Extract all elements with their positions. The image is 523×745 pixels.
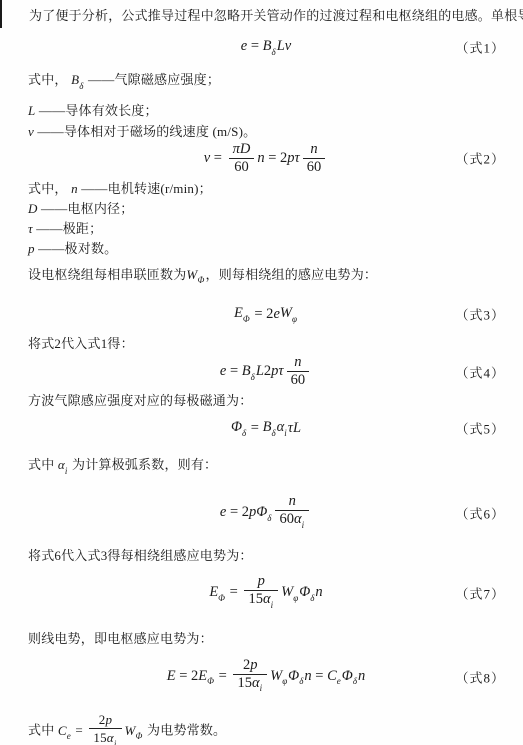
math-token: πD: [233, 141, 251, 157]
math-var-subscripted: Φδ: [231, 419, 247, 437]
math-fraction: πD60: [229, 142, 255, 175]
math-fraction: n60αi: [275, 494, 309, 532]
equation-7-label: （式7）: [455, 583, 505, 602]
math-var-subscripted: αi: [263, 591, 274, 607]
math-fraction: p15αi: [244, 574, 278, 612]
text-run: 方波气隙感应强度对应的每极磁通为：: [28, 393, 252, 408]
text-run: ——导体相对于磁场的线速度 (m/S)。: [34, 124, 256, 139]
text-run: 设电枢绕组每相串联匝数为: [28, 267, 186, 282]
math-token: 60: [291, 372, 306, 388]
math-var-subscripted: αi: [252, 675, 263, 691]
line-emf-paragraph: 则线电势，即电枢感应电势为：: [3, 628, 517, 649]
math-token: n: [310, 141, 317, 157]
winding-turns-paragraph: 设电枢绕组每相串联匝数为WΦ，则每相绕组的感应电势为：: [3, 264, 517, 291]
equation-6: e = 2pΦδn60αi （式6）: [3, 494, 517, 532]
math-var-subscripted: Wφ: [270, 668, 288, 686]
equation-7-formula: EΦ = p15αiWφΦδn: [209, 574, 322, 612]
math-token: =: [247, 420, 262, 437]
math-token: =: [226, 584, 241, 601]
legend-v-line: v ——导体相对于磁场的线速度 (m/S)。: [3, 121, 517, 142]
text-run: 式中，: [28, 181, 71, 196]
text-run: ——极距；: [33, 221, 102, 236]
math-token: n: [257, 150, 264, 167]
text-run: 式中，: [28, 72, 71, 87]
math-token: 60: [307, 159, 322, 175]
math-var-subscripted: Φδ: [299, 584, 315, 602]
legend-p-line: p ——极对数。: [3, 239, 517, 259]
substitute-2-into-1-line: 将式2代入式1得：: [3, 333, 517, 354]
math-token: n: [294, 354, 301, 370]
equation-6-formula: e = 2pΦδn60αi: [220, 494, 312, 532]
emf-constant-line: 式中 Ce = 2p15αiWΦ 为电势常数。: [3, 712, 517, 745]
math-token: L: [256, 363, 264, 380]
math-token: Lv: [277, 38, 292, 55]
math-var-subscripted: αi: [277, 419, 288, 437]
equation-2: v = πD60n = 2pτn60 （式2）: [3, 142, 517, 175]
text-run: 为了便于分析，公式推导过程中忽略开关管动作的过渡过程和电枢绕组的电感。单根导体在…: [29, 8, 523, 23]
math-var-subscripted: Bδ: [263, 419, 277, 437]
math-token: n: [304, 668, 311, 685]
text-run: ——极对数。: [35, 241, 118, 256]
equation-1-label: （式1）: [455, 38, 505, 57]
text-run: ——电机转速(r/min)；: [78, 181, 212, 196]
equation-5-formula: Φδ = BδαiτL: [231, 419, 301, 437]
math-token: 15: [93, 730, 106, 745]
equation-4-label: （式4）: [455, 362, 505, 381]
math-token: p: [105, 712, 112, 727]
where-b-delta-line: 式中， Bδ ——气隙磁感应强度；: [3, 69, 517, 96]
math-token: =: [312, 668, 327, 685]
text-run: 将式6代入式3得每相绕组感应电势为：: [28, 548, 253, 563]
math-token: 2: [243, 657, 250, 673]
math-token: pτ: [287, 150, 299, 167]
math-fraction: 2p15αi: [89, 712, 121, 745]
text-run: ——电枢内径；: [38, 201, 134, 216]
math-token: =: [210, 150, 225, 167]
equation-3-label: （式3）: [455, 305, 505, 324]
math-fraction: 2p15αi: [233, 658, 267, 696]
math-var-subscripted: Wφ: [281, 584, 299, 602]
math-token: 60: [279, 511, 294, 527]
text-run: 为电势常数。: [144, 723, 227, 738]
equation-7: EΦ = p15αiWφΦδn （式7）: [3, 574, 517, 612]
equation-8: E = 2EΦ = 2p15αiWφΦδn = CeΦδn （式8）: [3, 658, 517, 696]
text-run: 则线电势，即电枢感应电势为：: [28, 631, 213, 646]
equation-1-formula: e = BδLv: [241, 38, 291, 56]
math-var-subscripted: WΦ: [186, 267, 205, 282]
scan-edge-artifact: [0, 0, 2, 28]
math-token: = 2: [265, 150, 288, 167]
math-var-subscripted: EΦ: [198, 668, 215, 686]
equation-6-label: （式6）: [455, 503, 505, 522]
legend-d-line: D ——电枢内径；: [3, 199, 517, 219]
math-var-subscripted: Bδ: [263, 38, 277, 56]
math-var-subscripted: Ce: [327, 668, 342, 686]
flux-paragraph: 方波气隙感应强度对应的每极磁通为：: [3, 390, 517, 411]
math-var-subscripted: Bδ: [71, 72, 85, 87]
math-fraction: n60: [287, 355, 310, 388]
math-token: n: [71, 181, 78, 196]
text-run: 式中: [28, 457, 58, 472]
equation-1: e = BδLv （式1）: [3, 35, 517, 59]
math-token: n: [315, 584, 322, 601]
math-token: =: [215, 668, 230, 685]
math-token: 15: [248, 591, 263, 607]
math-var-subscripted: EΦ: [234, 305, 251, 323]
document-page: 为了便于分析，公式推导过程中忽略开关管动作的过渡过程和电枢绕组的电感。单根导体在…: [3, 5, 517, 745]
math-var-subscripted: αi: [58, 457, 69, 472]
math-token: = 2: [251, 306, 274, 323]
equation-3-formula: EΦ = 2eWφ: [234, 305, 298, 323]
equation-8-label: （式8）: [455, 667, 505, 686]
text-run: ——气隙磁感应强度；: [85, 72, 220, 87]
math-token: D: [28, 201, 38, 216]
legend-l-line: L ——导体有效长度；: [3, 100, 517, 121]
equation-5-label: （式5）: [455, 419, 505, 438]
math-var-subscripted: Bδ: [242, 363, 256, 381]
math-var-subscripted: Φδ: [288, 668, 304, 686]
math-token: pτ: [271, 363, 283, 380]
math-token: p: [28, 241, 35, 256]
math-var-subscripted: Ce: [58, 723, 72, 738]
substitute-6-into-3-line: 将式6代入式3得每相绕组感应电势为：: [3, 545, 517, 566]
math-token: =: [72, 723, 86, 738]
equation-5: Φδ = BδαiτL （式5）: [3, 416, 517, 440]
equation-4-formula: e = BδL2pτn60: [220, 355, 312, 388]
math-token: 60: [234, 159, 249, 175]
math-fraction: n60: [303, 142, 326, 175]
math-token: =: [226, 363, 241, 380]
math-var-subscripted: Φδ: [256, 504, 272, 522]
math-var-subscripted: WΦ: [125, 723, 144, 738]
text-run: 为计算极弧系数，则有：: [69, 457, 218, 472]
where-n-line: 式中， n ——电机转速(r/min)；: [3, 178, 517, 199]
math-token: 15: [237, 675, 252, 691]
equation-4: e = BδL2pτn60 （式4）: [3, 355, 517, 388]
equation-2-label: （式2）: [455, 149, 505, 168]
math-var-subscripted: EΦ: [209, 584, 226, 602]
legend-tau-line: τ ——极距；: [3, 219, 517, 239]
math-token: n: [358, 668, 365, 685]
text-run: ——导体有效长度；: [35, 103, 157, 118]
text-run: 式中: [28, 723, 58, 738]
math-var-subscripted: αi: [294, 511, 305, 527]
math-var-subscripted: αi: [107, 730, 118, 745]
math-token: = 2: [176, 668, 199, 685]
math-token: τL: [288, 420, 301, 437]
intro-paragraph: 为了便于分析，公式推导过程中忽略开关管动作的过渡过程和电枢绕组的电感。单根导体在…: [3, 5, 517, 26]
math-token: E: [167, 668, 176, 685]
math-token: =: [247, 38, 262, 55]
math-token: p: [258, 573, 265, 589]
text-run: 将式2代入式1得：: [28, 336, 134, 351]
math-token: p: [250, 657, 257, 673]
math-token: = 2: [226, 504, 249, 521]
math-var-subscripted: Φδ: [342, 668, 358, 686]
equation-3: EΦ = 2eWφ （式3）: [3, 302, 517, 326]
math-token: p: [249, 504, 256, 521]
equation-8-formula: E = 2EΦ = 2p15αiWφΦδn = CeΦδn: [167, 658, 366, 696]
text-run: ，则每相绕组的感应电势为：: [206, 267, 378, 282]
pole-arc-coefficient-line: 式中 αi 为计算极弧系数，则有：: [3, 454, 517, 481]
math-var-subscripted: Wφ: [280, 305, 298, 323]
math-token: n: [289, 493, 296, 509]
equation-2-formula: v = πD60n = 2pτn60: [204, 142, 329, 175]
